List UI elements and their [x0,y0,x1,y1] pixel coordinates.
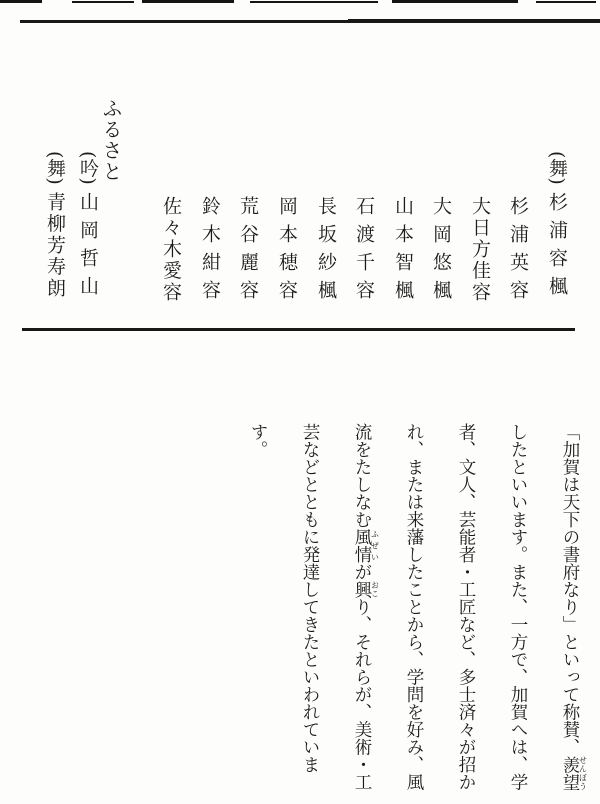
performer-name: 青柳芳寿朗 [44,192,66,300]
performer-column: 大日方佳容 [470,196,489,304]
performer-column: 鈴木紺容 [200,196,219,308]
paragraph-line: したといいます。また、一方で、加賀へは、学 [492,423,544,801]
performer-name: 鈴木紺容 [199,196,221,308]
furigana-annotated-word: 羨望せんぼう [560,756,580,791]
role-marker: (舞) [546,151,568,185]
performer-name: 岡本穂容 [276,196,298,308]
scan-artifact [392,0,518,3]
performer-column: 荒谷麗容 [238,196,257,308]
scan-artifact [72,1,134,3]
performer-column: 山本智楓 [393,196,412,308]
role-marker: (吟) [77,151,99,185]
performer-name: 山本智楓 [392,196,414,308]
performer-name: 大岡悠楓 [430,196,452,308]
top-rule-overstrike [348,19,600,21]
program-title: ふるさと [101,98,121,182]
role-marker: (舞) [44,151,66,185]
performer-name: 石渡千容 [353,196,375,308]
furigana-annotated-word: 興おこ [352,581,372,599]
performer-column: (吟)山岡哲山 [78,151,97,304]
scan-artifact [142,0,234,3]
performer-name: 大日方佳容 [469,196,491,304]
performer-column: 大岡悠楓 [431,196,450,308]
performer-name: 佐々木愛容 [160,196,182,304]
performer-column: 石渡千容 [354,196,373,308]
scan-artifact [250,1,378,3]
performer-name: 杉浦英容 [507,196,529,308]
body-text-paragraph: 「加賀は天下の書府なり」といって称賛、羨望せんぼうしたといいます。また、一方で、… [232,423,596,801]
performer-name: 杉浦容楓 [546,192,568,304]
performer-column: 岡本穂容 [277,196,296,308]
scan-artifact [0,0,42,3]
performer-name: 荒谷麗容 [237,196,259,308]
performer-column: 佐々木愛容 [161,196,180,304]
furigana-annotated-word: 風情ふぜい [352,528,372,563]
scanned-program-page: ふるさと (舞)杉浦容楓杉浦英容大日方佳容大岡悠楓山本智楓石渡千容長坂紗楓岡本穂… [0,0,600,804]
paragraph-line: 芸などとともに発達してきたといわれています。 [232,423,336,801]
performer-column: (舞)杉浦容楓 [547,151,566,304]
performer-column: 長坂紗楓 [316,196,335,308]
performer-column: 杉浦英容 [508,196,527,308]
performer-name: 山岡哲山 [77,192,99,304]
paragraph-line: 流をたしなむ風情ふぜいが興おこり、それらが、美術・工 [336,423,388,801]
scan-artifact [536,1,596,3]
paragraph-line: 「加賀は天下の書府なり」といって称賛、羨望せんぼう [544,423,596,801]
performer-name: 長坂紗楓 [315,196,337,308]
section-divider-rule [22,328,575,331]
performer-column: (舞)青柳芳寿朗 [45,151,64,299]
paragraph-line: れ、または来藩したことから、学問を好み、風 [388,423,440,801]
paragraph-line: 者、文人、芸能者・工匠など、多士済々が招か [440,423,492,801]
